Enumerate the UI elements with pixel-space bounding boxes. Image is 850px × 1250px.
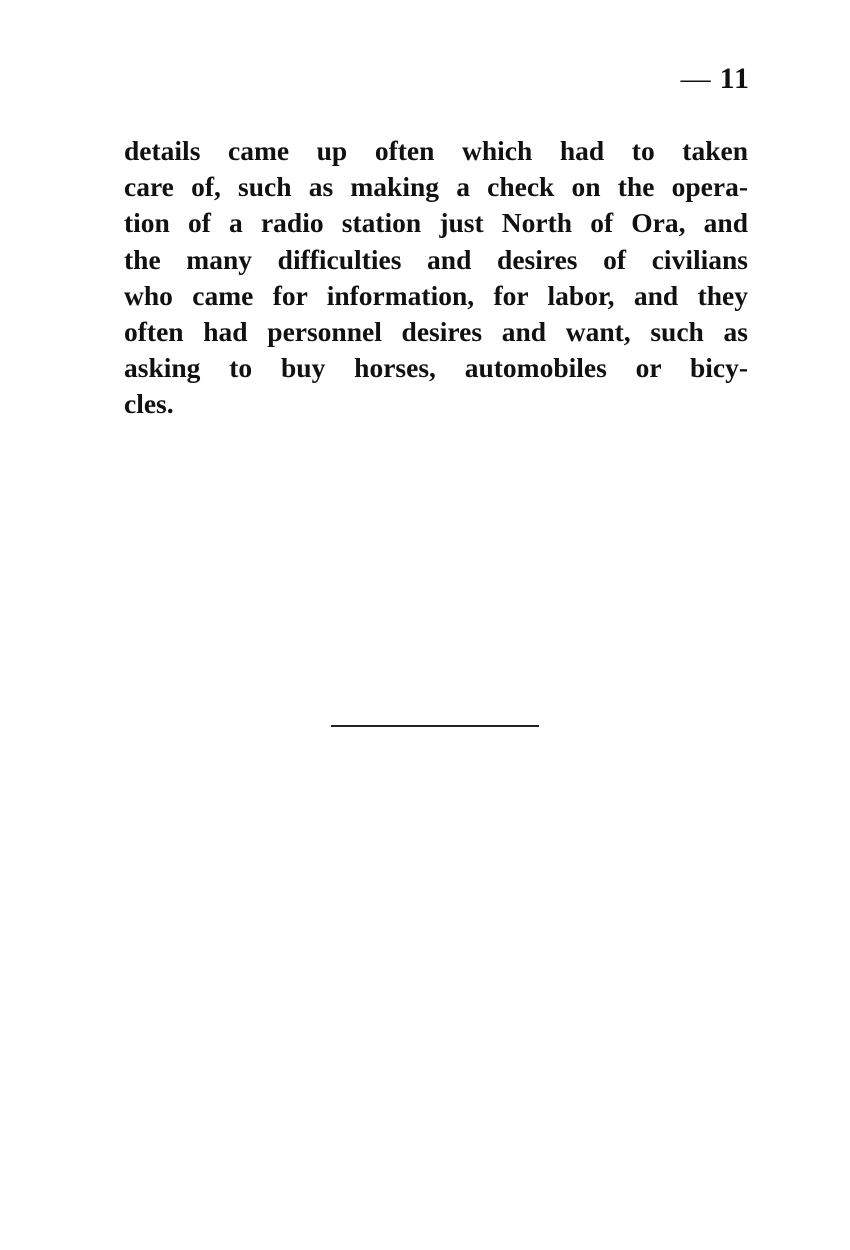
text-line: the many difficulties and desires of civ…	[124, 242, 748, 278]
page-number-value: 11	[720, 62, 750, 95]
body-paragraph: details came up often which had to taken…	[124, 133, 748, 423]
text-line: often had personnel desires and want, su…	[124, 314, 748, 350]
page-number-dash: —	[681, 62, 712, 95]
text-line: cles.	[124, 386, 748, 422]
text-line: care of, such as making a check on the o…	[124, 169, 748, 205]
text-line: details came up often which had to taken	[124, 133, 748, 169]
section-divider-rule	[331, 725, 539, 727]
page-number: —11	[681, 62, 750, 96]
text-line: asking to buy horses, automobiles or bic…	[124, 350, 748, 386]
text-line: who came for information, for labor, and…	[124, 278, 748, 314]
text-line: tion of a radio station just North of Or…	[124, 205, 748, 241]
